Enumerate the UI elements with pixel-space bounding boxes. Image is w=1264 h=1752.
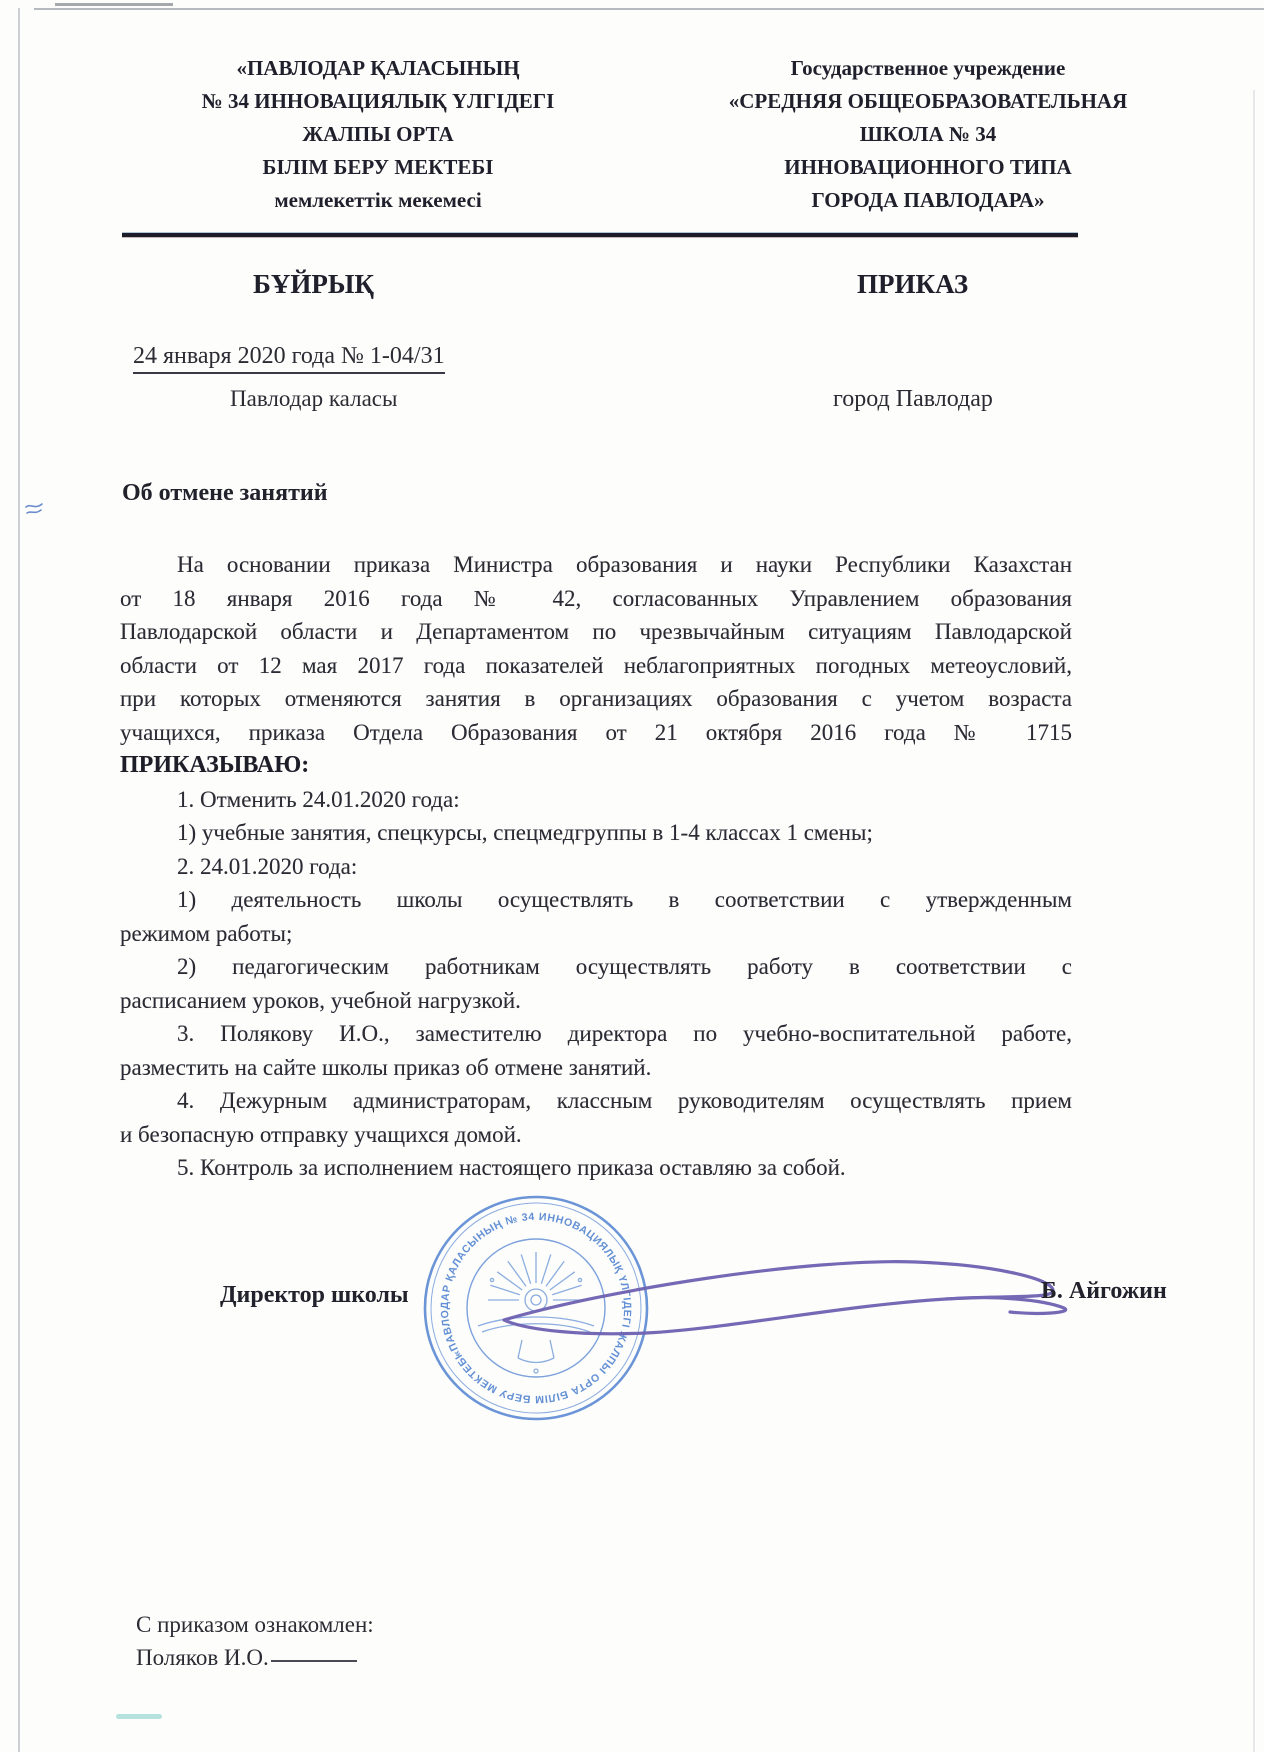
signature-row: Директор школы Б. Айгожин [0, 1278, 1264, 1318]
acknowledgement-signature-line [271, 1660, 357, 1662]
body-line: 2. 24.01.2020 года: [120, 850, 1072, 884]
letterhead-line: ЖАЛПЫ ОРТА [128, 118, 628, 151]
scan-edge-right [1253, 90, 1255, 1752]
body-line: На основании приказа Министра образовани… [120, 548, 1072, 582]
letterhead-line: «ПАВЛОДАР ҚАЛАСЫНЫҢ [128, 52, 628, 85]
letterhead-line: Государственное учреждение [678, 52, 1178, 85]
place-kazakh: Павлодар каласы [230, 386, 397, 412]
letterhead-line: «СРЕДНЯЯ ОБЩЕОБРАЗОВАТЕЛЬНАЯ [678, 85, 1178, 118]
scan-edge-top [34, 8, 1264, 10]
signatory-role: Директор школы [220, 1282, 409, 1309]
body-line: 1. Отменить 24.01.2020 года: [120, 783, 1072, 817]
body-line: 3. Полякову И.О., заместителю директора … [120, 1017, 1072, 1051]
acknowledgement-signatory: Поляков И.О. [136, 1641, 374, 1674]
body-line: 2) педагогическим работникам осуществлят… [120, 950, 1072, 984]
order-title-row: БҰЙРЫҚ ПРИКАЗ [0, 269, 1264, 307]
document-page: «ПАВЛОДАР ҚАЛАСЫНЫҢ№ 34 ИННОВАЦИЯЛЫҚ ҮЛГ… [0, 0, 1264, 1752]
letterhead-line: ГОРОДА ПАВЛОДАРА» [678, 184, 1178, 217]
body-line: области от 12 мая 2017 года показателей … [120, 649, 1072, 683]
body-line: режимом работы; [120, 917, 1072, 951]
body-line: 5. Контроль за исполнением настоящего пр… [120, 1151, 1072, 1185]
body-line: 1) деятельность школы осуществлять в соо… [120, 883, 1072, 917]
acknowledgement-block: С приказом ознакомлен: Поляков И.О. [136, 1608, 374, 1674]
body-line: учащихся, приказа Отдела Образования от … [120, 716, 1072, 750]
body-line: ПРИКАЗЫВАЮ: [120, 749, 1072, 783]
place-row: Павлодар каласы город Павлодар [0, 386, 1264, 418]
letterhead: «ПАВЛОДАР ҚАЛАСЫНЫҢ№ 34 ИННОВАЦИЯЛЫҚ ҮЛГ… [128, 52, 1264, 217]
place-russian: город Павлодар [833, 386, 993, 413]
letterhead-line: мемлекеттік мекемесі [128, 184, 628, 217]
scan-artifact [116, 1714, 162, 1719]
order-date-number: 24 января 2020 года № 1-04/31 [133, 343, 445, 374]
scan-edge-notch [55, 3, 173, 6]
letterhead-line: БІЛІМ БЕРУ МЕКТЕБІ [128, 151, 628, 184]
body-line: при которых отменяются занятия в организ… [120, 682, 1072, 716]
signatory-name: Б. Айгожин [1041, 1278, 1167, 1305]
header-divider [122, 233, 1078, 237]
subject-heading: Об отмене занятий [122, 480, 1264, 507]
acknowledged-by-name: Поляков И.О. [136, 1645, 269, 1670]
body-line: и безопасную отправку учащихся домой. [120, 1118, 1072, 1152]
letterhead-line: ШКОЛА № 34 [678, 118, 1178, 151]
order-title-russian: ПРИКАЗ [857, 269, 968, 300]
order-body: На основании приказа Министра образовани… [120, 548, 1072, 1185]
letterhead-line: ИННОВАЦИОННОГО ТИПА [678, 151, 1178, 184]
body-line: Павлодарской области и Департаментом по … [120, 615, 1072, 649]
acknowledgement-label: С приказом ознакомлен: [136, 1608, 374, 1641]
letterhead-line: № 34 ИННОВАЦИЯЛЫҚ ҮЛГІДЕГІ [128, 85, 628, 118]
body-line: от 18 января 2016 года № 42, согласованн… [120, 582, 1072, 616]
body-line: 4. Дежурным администраторам, классным ру… [120, 1084, 1072, 1118]
body-line: расписанием уроков, учебной нагрузкой. [120, 984, 1072, 1018]
body-line: 1) учебные занятия, спецкурсы, спецмедгр… [120, 816, 1072, 850]
margin-mark [24, 500, 44, 518]
letterhead-russian: Государственное учреждение«СРЕДНЯЯ ОБЩЕО… [678, 52, 1178, 217]
letterhead-kazakh: «ПАВЛОДАР ҚАЛАСЫНЫҢ№ 34 ИННОВАЦИЯЛЫҚ ҮЛГ… [128, 52, 628, 217]
order-title-kazakh: БҰЙРЫҚ [253, 269, 374, 300]
body-line: разместить на сайте школы приказ об отме… [120, 1051, 1072, 1085]
